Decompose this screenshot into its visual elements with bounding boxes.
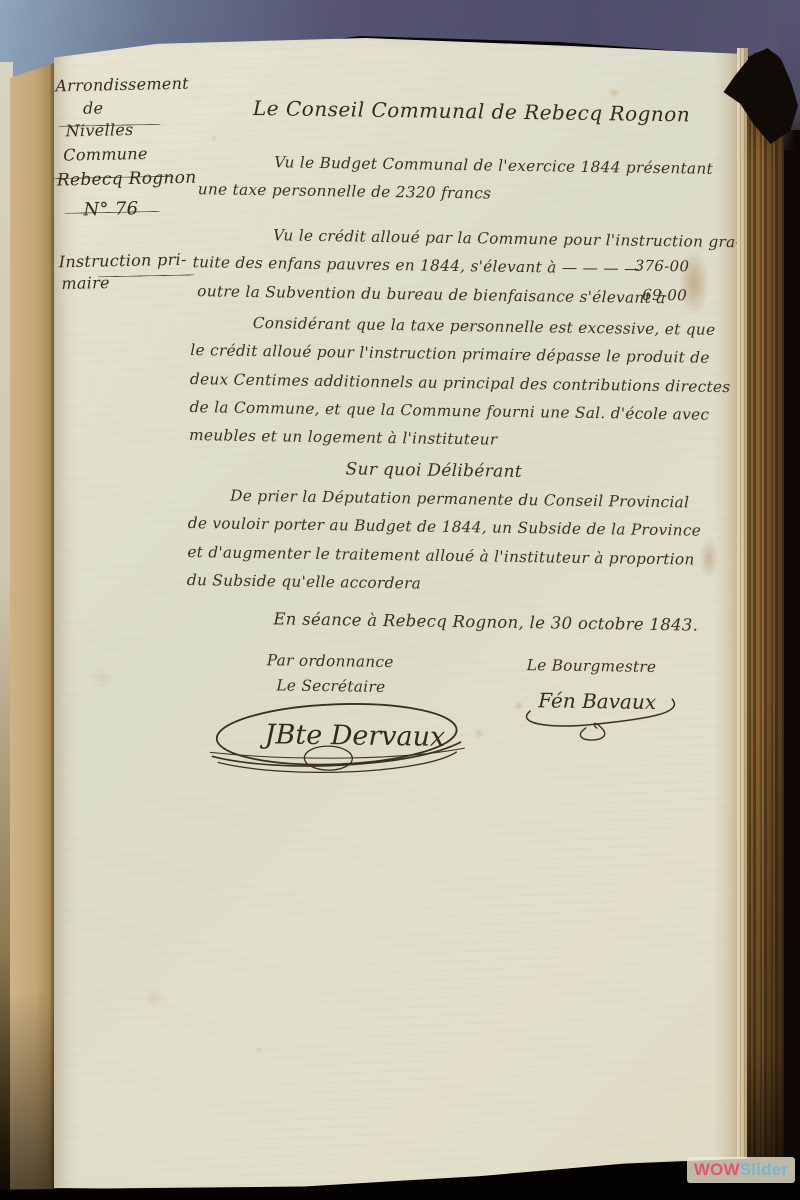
document-title: Le Conseil Communal de Rebecq Rognon: [253, 96, 691, 126]
decision-line-1: De prier la Députation permanente du Con…: [230, 487, 689, 512]
watermark-wow: WOW: [694, 1160, 740, 1180]
considerant-line-3: deux Centimes additionnels au principal …: [190, 370, 731, 396]
considerant-line-2: le crédit alloué pour l'instruction prim…: [190, 341, 710, 367]
secretary-signature-flourish: JBte Dervaux: [208, 690, 469, 789]
margin-de: de: [83, 98, 104, 117]
deliberant-heading: Sur quoi Délibérant: [345, 459, 522, 482]
dateline: En séance à Rebecq Rognon, le 30 octobre…: [273, 609, 698, 634]
wowslider-watermark[interactable]: WOWSlider: [687, 1157, 795, 1183]
mayor-signature-name: Fén Bavaux: [537, 688, 656, 714]
handwritten-text-layer: Arrondissement de Nivelles Commune Rebec…: [37, 38, 746, 1200]
considerant-line-4: de la Commune, et que la Commune fourni …: [189, 398, 709, 424]
secretary-signature-name: JBte Dervaux: [259, 719, 445, 753]
vu-credit-line-2: tuite des enfans pauvres en 1844, s'élev…: [193, 253, 640, 278]
vu-credit-line-3: outre la Subvention du bureau de bienfai…: [197, 282, 666, 307]
amount-instruction: 376-00: [635, 257, 690, 276]
margin-commune: Commune: [63, 144, 148, 165]
manuscript-page: Arrondissement de Nivelles Commune Rebec…: [54, 38, 746, 1192]
amount-bienfaisance: 69-00: [642, 286, 687, 305]
right-edge-shadow: [782, 130, 800, 1160]
margin-number: N° 76: [83, 198, 138, 220]
considerant-line-1: Considérant que la taxe personnelle est …: [253, 314, 716, 339]
decision-line-2: de vouloir porter au Budget de 1844, un …: [188, 514, 702, 540]
considerant-line-5: meubles et un logement à l'instituteur: [189, 426, 498, 449]
margin-arrondissement: Arrondissement: [55, 74, 189, 96]
page-gutter-edges: [10, 62, 57, 1194]
margin-flourish: [98, 274, 194, 277]
closing-le-bourgmestre: Le Bourgmestre: [527, 656, 657, 676]
margin-subject-1: Instruction pri-: [59, 250, 187, 272]
vu-budget-line-1: Vu le Budget Communal de l'exercice 1844…: [274, 153, 713, 178]
decision-line-4: du Subside qu'elle accordera: [187, 571, 421, 592]
vu-credit-line-1: Vu le crédit alloué par la Commune pour …: [273, 226, 741, 251]
mayor-signature-flourish: Fén Bavaux: [514, 677, 700, 752]
decision-line-3: et d'augmenter le traitement alloué à l'…: [187, 543, 694, 569]
book-fore-edge: [747, 52, 784, 1162]
margin-nivelles: Nivelles: [65, 120, 133, 140]
closing-par-ordonnance: Par ordonnance: [267, 651, 394, 671]
photo-of-register-page: Arrondissement de Nivelles Commune Rebec…: [0, 0, 800, 1200]
watermark-slider: Slider: [740, 1160, 788, 1180]
vu-budget-line-2: une taxe personnelle de 2320 francs: [198, 180, 492, 202]
margin-commune-name: Rebecq Rognon: [57, 168, 197, 191]
